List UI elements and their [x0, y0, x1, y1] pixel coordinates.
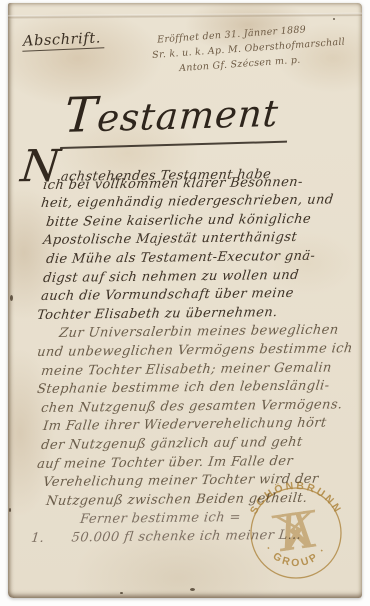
document-title: Testament: [60, 82, 291, 149]
copy-label: Abschrift.: [22, 30, 105, 52]
ink-speck: [190, 588, 195, 591]
ink-speck: [120, 592, 123, 594]
schoenbrunn-stamp: SCHÖNBRUNN · GROUP · K K: [240, 475, 352, 591]
ink-speck: [10, 295, 13, 301]
ink-speck: [9, 508, 11, 512]
scanned-document: Abschrift. Eröffnet den 31. Jänner 1889 …: [0, 0, 370, 606]
